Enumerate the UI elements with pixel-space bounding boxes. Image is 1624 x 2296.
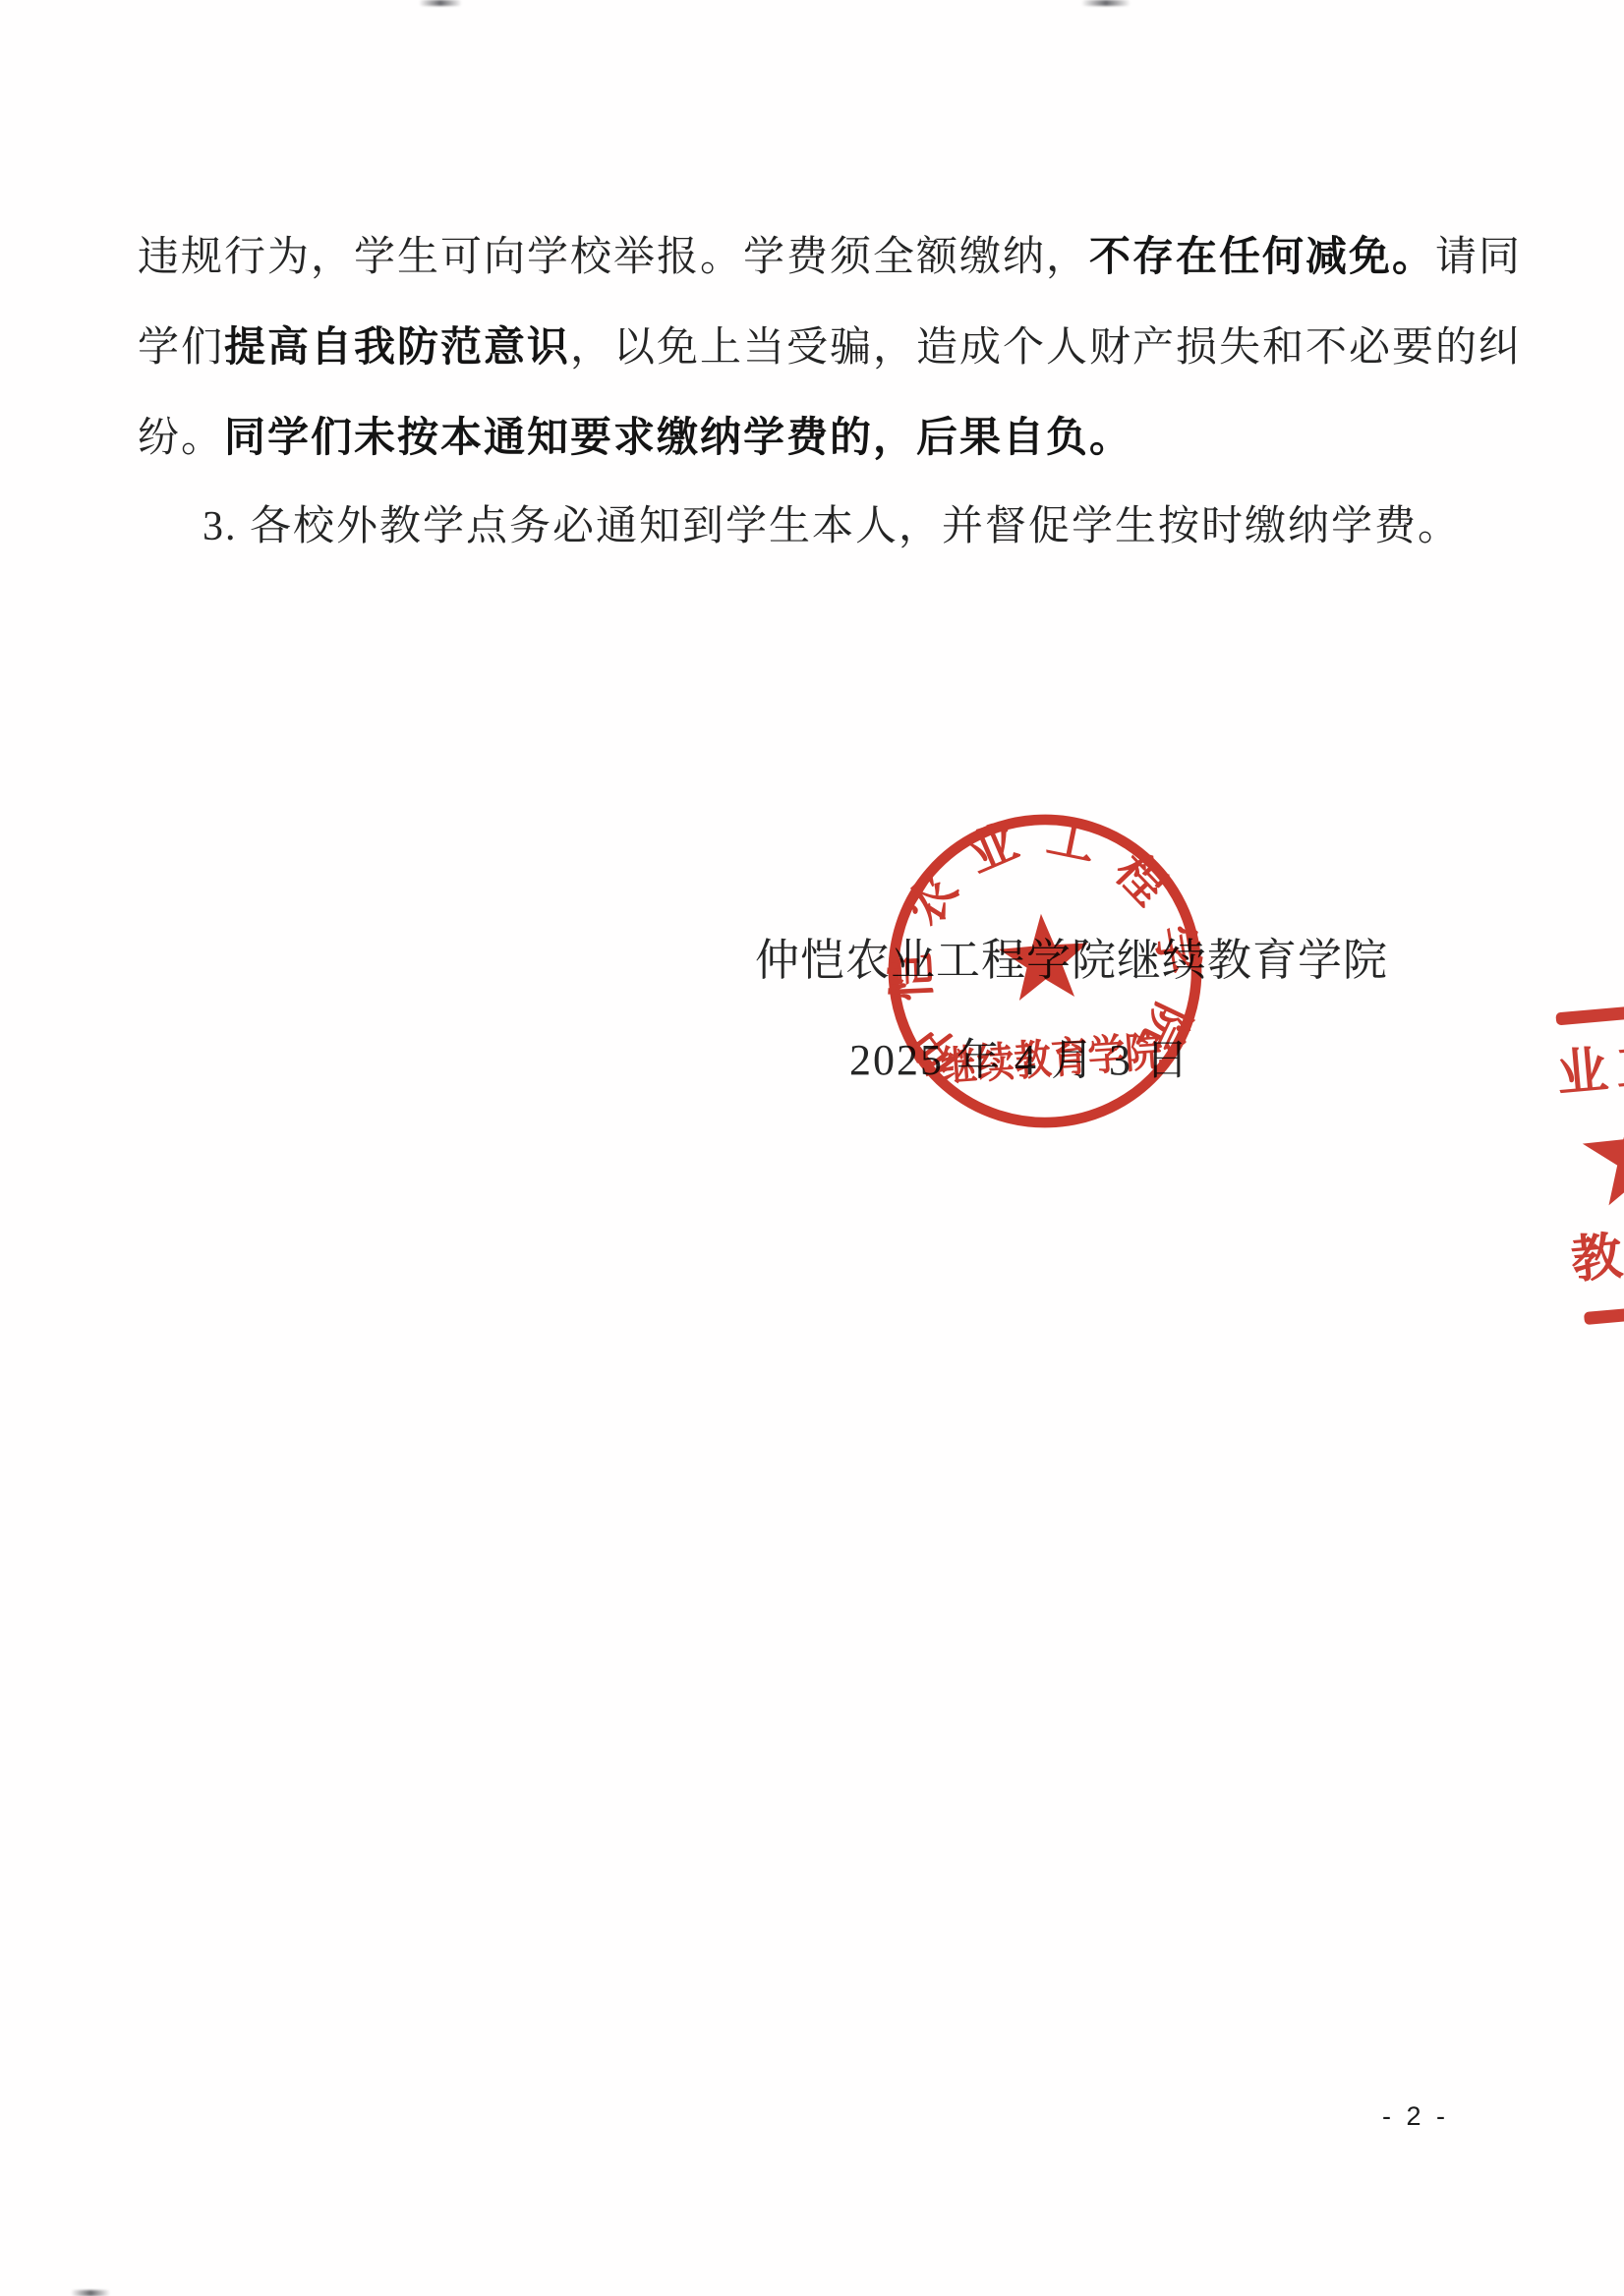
text-segment: 违规行为，学生可向学校举报。学费须全额缴纳，: [138, 235, 1089, 280]
seal-fragment-bar-top: [1555, 1005, 1624, 1026]
body-text-line-3: 纷。同学们未按本通知要求缴纳学费的，后果自负。: [138, 409, 1534, 468]
text-segment: 学们: [138, 325, 224, 371]
scan-artifact: [419, 0, 462, 6]
body-text-line-2: 学们提高自我防范意识，以免上当受骗，造成个人财产损失和不必要的纠: [138, 318, 1534, 377]
partial-seal-bottom-chars: 教育: [1569, 1223, 1624, 1290]
scan-artifact: [1081, 0, 1131, 6]
text-segment-bold: 同学们未按本通知要求缴纳学费的，后果自负。: [224, 416, 1132, 461]
text-segment: 纷。: [138, 416, 224, 461]
official-seal-stamp: 仲恺农业工程学院 继续教育学院: [867, 793, 1224, 1150]
seal-bottom-text: 继续教育学院: [939, 1029, 1164, 1091]
text-segment: 3. 各校外教学点务必通知到学生本人，并督促学生按时缴纳学费。: [203, 504, 1461, 549]
seal-fragment-bar-bottom: [1584, 1304, 1624, 1325]
text-segment: 请同: [1435, 235, 1522, 280]
page-number: - 2 -: [1382, 2101, 1449, 2132]
partial-seal-stamp-right: 业工 教育: [1555, 999, 1624, 1333]
partial-seal-top-chars: 业工: [1555, 1036, 1624, 1103]
text-segment-bold: 提高自我防范意识: [224, 325, 570, 371]
body-text-line-4: 3. 各校外教学点务必通知到学生本人，并督促学生按时缴纳学费。: [138, 497, 1598, 556]
text-segment: ，以免上当受骗，造成个人财产损失和不必要的纠: [570, 325, 1522, 371]
star-icon: [1579, 1095, 1624, 1207]
star-icon: [997, 911, 1092, 1003]
document-page: 违规行为，学生可向学校举报。学费须全额缴纳，不存在任何减免。请同 学们提高自我防…: [0, 0, 1624, 2296]
text-segment-bold: 不存在任何减免。: [1089, 235, 1435, 280]
body-text-line-1: 违规行为，学生可向学校举报。学费须全额缴纳，不存在任何减免。请同: [138, 228, 1534, 287]
scan-artifact: [71, 2290, 110, 2296]
